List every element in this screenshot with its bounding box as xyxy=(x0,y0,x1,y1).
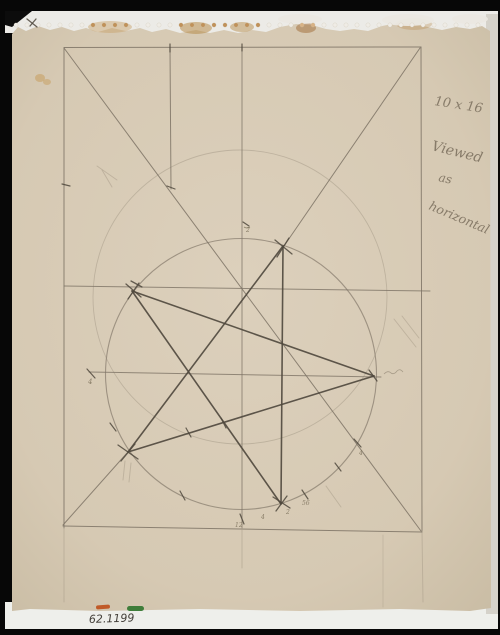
perforation-hole xyxy=(388,23,392,27)
perforation-hole xyxy=(366,23,370,27)
tiny-pencil-numeral: 12 xyxy=(235,522,243,529)
green-mark xyxy=(127,606,144,611)
perforation-hole xyxy=(201,23,205,27)
perforation-hole xyxy=(289,23,293,27)
perforation-hole xyxy=(465,23,469,27)
perforation-hole xyxy=(322,23,326,27)
stain xyxy=(230,22,254,32)
stain xyxy=(43,79,51,85)
paper-sheet xyxy=(12,23,491,611)
perforation-hole xyxy=(91,23,95,27)
perforation-hole xyxy=(267,23,271,27)
perforation-hole xyxy=(300,23,304,27)
perforation-hole xyxy=(47,23,51,27)
perforation-hole xyxy=(102,23,106,27)
perforation-hole xyxy=(80,23,84,27)
perforation-hole xyxy=(168,23,172,27)
perforation-hole xyxy=(421,23,425,27)
margin-note-line-3: as xyxy=(437,170,453,186)
perforation-hole xyxy=(355,23,359,27)
perforation-hole xyxy=(476,23,480,27)
stain xyxy=(180,22,212,34)
perforation-hole xyxy=(212,23,216,27)
perforation-hole xyxy=(135,23,139,27)
perforation-hole xyxy=(190,23,194,27)
catalog-number: 62.1199 xyxy=(89,611,135,626)
perforation-hole xyxy=(14,23,18,27)
perforation-hole xyxy=(432,23,436,27)
perforation-hole xyxy=(146,23,150,27)
perforation-hole xyxy=(443,23,447,27)
torn-patch xyxy=(278,14,322,24)
perforation-hole xyxy=(69,23,73,27)
perforation-hole xyxy=(333,23,337,27)
perforation-hole xyxy=(58,23,62,27)
tiny-pencil-numeral: 2 xyxy=(285,509,290,516)
perforation-hole xyxy=(223,23,227,27)
scan: 421242564 10 x 16 Viewed as horizontal 6… xyxy=(0,0,500,635)
perforation-hole xyxy=(113,23,117,27)
torn-patch xyxy=(452,14,488,24)
perforation-hole xyxy=(234,23,238,27)
perforation-hole xyxy=(410,23,414,27)
perforation-hole xyxy=(256,23,260,27)
perforation-hole xyxy=(245,23,249,27)
perforation-hole xyxy=(311,23,315,27)
tiny-pencil-numeral: 2 xyxy=(245,227,250,234)
tiny-pencil-numeral: 4 xyxy=(358,450,363,457)
perforation-hole xyxy=(377,23,381,27)
perforation-hole xyxy=(124,23,128,27)
tiny-pencil-numeral: 4 xyxy=(260,514,265,521)
tiny-pencil-numeral: 56 xyxy=(302,500,310,507)
perforation-hole xyxy=(344,23,348,27)
perforation-hole xyxy=(25,23,29,27)
perforation-hole xyxy=(157,23,161,27)
perforation-hole xyxy=(454,23,458,27)
tiny-pencil-numeral: 4 xyxy=(87,378,92,386)
perforation-hole xyxy=(179,23,183,27)
perforation-hole xyxy=(278,23,282,27)
scanned-drawing-page: 421242564 10 x 16 Viewed as horizontal 6… xyxy=(0,0,500,635)
perforation-hole xyxy=(399,23,403,27)
